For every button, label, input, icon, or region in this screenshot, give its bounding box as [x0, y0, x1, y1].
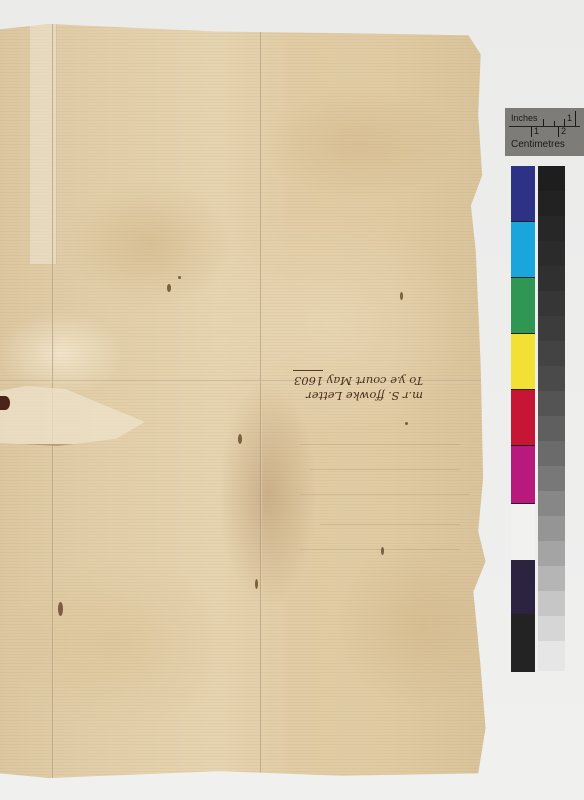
ruler-tick: [543, 119, 544, 126]
ruler-tick: [564, 119, 565, 126]
patch-yellow: [511, 334, 535, 390]
inscription-line-1: m.r S. ffowke Letter: [283, 388, 423, 403]
patch-white: [511, 504, 535, 560]
gray-step: [538, 266, 565, 291]
cm-tick: [558, 127, 559, 137]
gray-step: [538, 166, 565, 191]
patch-blue: [511, 166, 535, 222]
ink-spot: [58, 602, 63, 616]
gray-step: [538, 391, 565, 416]
gray-step: [538, 291, 565, 316]
endorsement-inscription: m.r S. ffowke Letter To y.e court May 16…: [283, 370, 423, 403]
patch-black: [511, 614, 535, 672]
bleed-through-text: [310, 469, 460, 470]
gray-step: [538, 441, 565, 466]
patch-cyan: [511, 222, 535, 278]
patch-purple-black: [511, 560, 535, 614]
bleed-through-text: [300, 444, 460, 445]
inches-label: Inches: [511, 113, 538, 123]
ruler-tick: [575, 111, 576, 126]
bleed-through-text: [300, 549, 460, 550]
cm-mark-1: 1: [534, 126, 539, 136]
bleed-through-text: [300, 494, 470, 495]
inscription-line-2: To y.e court May 1603: [283, 373, 423, 388]
ink-spot: [178, 276, 181, 279]
gray-step: [538, 566, 565, 591]
gray-step: [538, 241, 565, 266]
ruler-tick: [554, 121, 555, 126]
patch-magenta: [511, 446, 535, 504]
gray-step: [538, 591, 565, 616]
cm-tick: [531, 127, 532, 137]
gray-step: [538, 616, 565, 641]
gray-step: [538, 491, 565, 516]
manuscript-sheet: m.r S. ffowke Letter To y.e court May 16…: [0, 24, 488, 781]
inches-ruler: Inches 1: [509, 111, 580, 127]
measurement-scale: Inches 1 1 2 Centimetres: [505, 108, 584, 156]
underline-flourish: [293, 370, 323, 371]
patch-red: [511, 390, 535, 446]
water-stain: [0, 386, 145, 446]
ink-blot: [0, 396, 10, 410]
ink-spot: [255, 579, 258, 589]
gray-step: [538, 191, 565, 216]
inch-mark: 1: [567, 113, 572, 123]
ink-spot: [167, 284, 171, 292]
gray-step: [538, 416, 565, 441]
ink-spot: [405, 422, 408, 425]
ink-spot: [400, 292, 403, 300]
gray-step: [538, 641, 565, 671]
bleed-through-text: [320, 524, 460, 525]
gray-step: [538, 516, 565, 541]
gray-step: [538, 341, 565, 366]
gray-step: [538, 316, 565, 341]
gray-step: [538, 366, 565, 391]
ink-spot: [238, 434, 242, 444]
cm-mark-2: 2: [561, 126, 566, 136]
ink-spot: [381, 547, 384, 555]
centimetres-label: Centimetres: [511, 139, 565, 150]
patch-green: [511, 278, 535, 334]
gray-step: [538, 216, 565, 241]
grayscale-step-strip: [538, 166, 565, 671]
gray-step: [538, 466, 565, 491]
color-patch-strip: [511, 166, 535, 672]
gray-step: [538, 541, 565, 566]
fold-line-center: [260, 24, 262, 781]
